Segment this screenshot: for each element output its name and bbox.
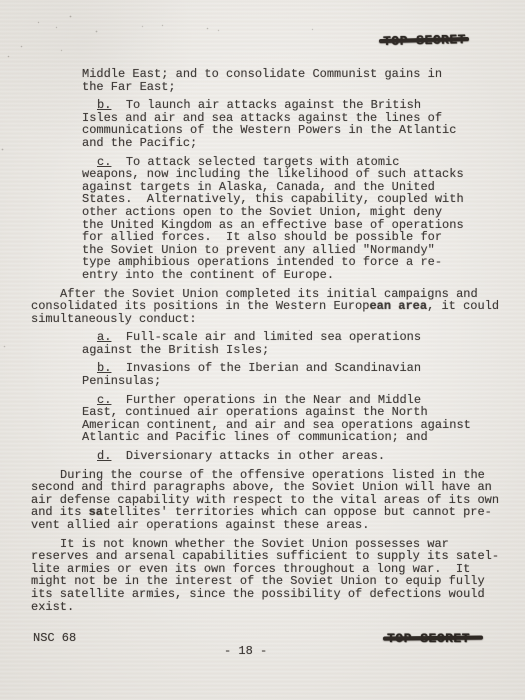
text-line: against the British Isles; xyxy=(82,344,517,357)
subparagraph-c: c. To attack selected targets with atomi… xyxy=(82,156,517,282)
text-line: simultaneously conduct: xyxy=(31,313,517,326)
subparagraph-b: b. Invasions of the Iberian and Scandina… xyxy=(82,362,517,387)
text-line: b. To launch air attacks against the Bri… xyxy=(97,99,517,112)
page-number: - 18 - xyxy=(224,644,267,658)
text-line: exist. xyxy=(31,601,517,614)
paragraph: Middle East; and to consolidate Communis… xyxy=(82,68,517,93)
text-line: vent allied air operations against these… xyxy=(31,519,517,532)
text-line: the Far East; xyxy=(82,81,517,94)
overtyped-text: ean area xyxy=(369,299,427,313)
classification-stamp-bottom-text: TOP SECRET xyxy=(387,631,470,646)
classification-stamp-top-text: TOP SECRET xyxy=(383,32,466,49)
text-line: consolidated its positions in the Wester… xyxy=(31,300,517,313)
subparagraph-letter: d. xyxy=(97,449,111,463)
subparagraph-d: d. Diversionary attacks in other areas. xyxy=(82,450,517,463)
paragraph: During the course of the offensive opera… xyxy=(31,469,517,532)
text-line: and the Pacific; xyxy=(82,137,517,150)
subparagraph-a: a. Full-scale air and limited sea operat… xyxy=(82,331,517,356)
text-line: a. Full-scale air and limited sea operat… xyxy=(97,331,517,344)
classification-stamp-top: TOP SECRET xyxy=(383,32,466,49)
document-id: NSC 68 xyxy=(33,631,76,645)
text-line: entry into the continent of Europe. xyxy=(82,269,517,282)
text-line: Atlantic and Pacific lines of communicat… xyxy=(82,431,517,444)
text-line: d. Diversionary attacks in other areas. xyxy=(97,450,517,463)
text-line: East, continued air operations against t… xyxy=(82,406,517,419)
document-body: Middle East; and to consolidate Communis… xyxy=(31,68,517,613)
classification-stamp-bottom: TOP SECRET xyxy=(387,631,470,646)
text-line: its satellite armies, since the possibil… xyxy=(31,588,517,601)
paragraph: It is not known whether the Soviet Union… xyxy=(31,538,517,614)
text-line: Peninsulas; xyxy=(82,375,517,388)
text-line: second and third paragraphs above, the S… xyxy=(31,481,517,494)
text-line: Middle East; and to consolidate Communis… xyxy=(82,68,517,81)
text-line: other actions open to the Soviet Union, … xyxy=(82,206,517,219)
subparagraph-c: c. Further operations in the Near and Mi… xyxy=(82,394,517,444)
document-page: TOP SECRET Middle East; and to consolida… xyxy=(0,0,525,700)
text-line: reserves and arsenal capabilities suffic… xyxy=(31,550,517,563)
text-line: weapons, now including the likelihood of… xyxy=(82,168,517,181)
subparagraph-b: b. To launch air attacks against the Bri… xyxy=(82,99,517,149)
text-line: for allied forces. It also should be pos… xyxy=(82,231,517,244)
paragraph: After the Soviet Union completed its ini… xyxy=(31,288,517,326)
paper-specks xyxy=(0,0,1,1)
